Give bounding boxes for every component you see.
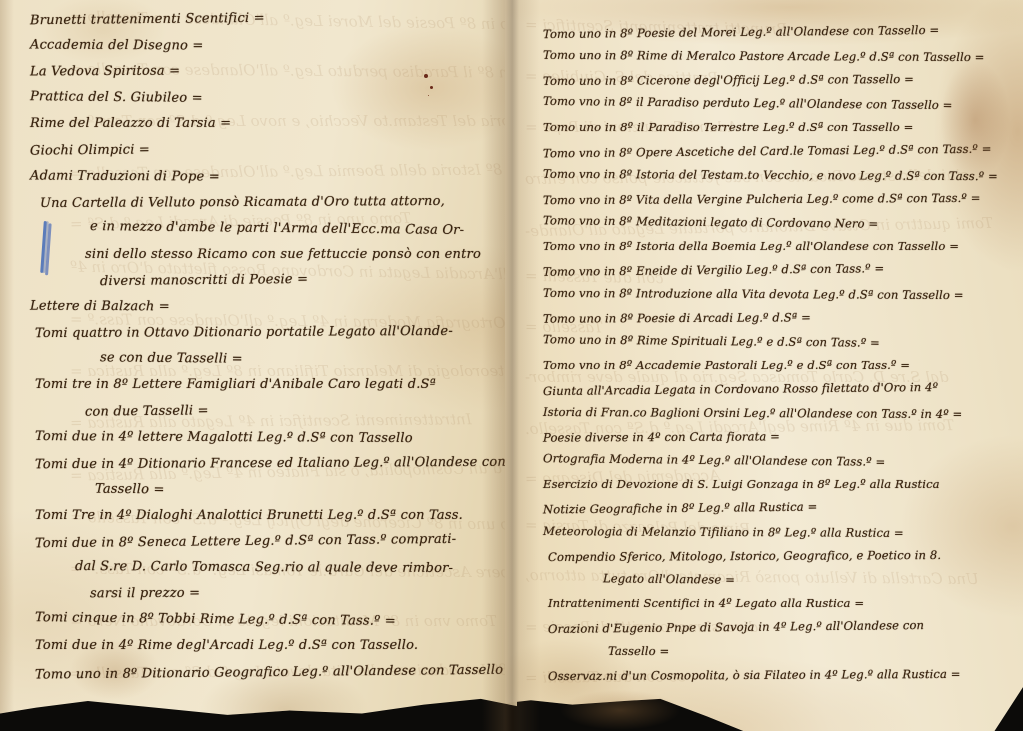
manuscript-line: sarsi il prezzo =	[90, 586, 200, 602]
manuscript-line: dal S.re D. Carlo Tomasca Seg.rio al qua…	[75, 559, 453, 577]
manuscript-line: Tassello =	[608, 645, 669, 659]
manuscript-line: Tomi due in 4º lettere Magalotti Leg.º d…	[35, 429, 413, 447]
manuscript-line: Lettere di Balzach =	[30, 299, 170, 315]
manuscript-line: Brunetti trattenimenti Scentifici =	[30, 11, 265, 29]
manuscript-line: Tomo uno in 8º Rime di Meralco Pastore A…	[543, 49, 985, 65]
ink-speck	[424, 74, 428, 78]
manuscript-line: Tomi cinque in 8º Tobbi Rime Leg.º d.Sª …	[35, 610, 396, 629]
manuscript-line: Una Cartella di Velluto ponsò Ricamata d…	[40, 194, 445, 212]
manuscript-line: Intrattenimenti Scentifici in 4º Legato …	[548, 597, 864, 611]
manuscript-line: Accademia del Disegno =	[30, 38, 204, 55]
manuscript-line: Meteorologia di Melanzio Tifiliano in 8º…	[543, 525, 904, 541]
manuscript-line: Tomo uno in 8º Poesie del Morei Leg.º al…	[543, 24, 939, 42]
manuscript-line: Tomo uno in 8º Cicerone degl'Officij Leg…	[543, 73, 914, 89]
manuscript-line: Giunta all'Arcadia Legata in Cordovano R…	[543, 381, 938, 399]
manuscript-line: Tomo uno in 8º Rime Spirituali Leg.º e d…	[543, 334, 880, 351]
manuscript-line: Tomo uno in 8º Poesie di Arcadi Leg.º d.…	[543, 311, 811, 326]
right-page-text: Tomo uno in 8º Poesie del Morei Leg.º al…	[505, 0, 1023, 731]
manuscript-line: Tomo vno in 8º Opere Ascetiche del Card.…	[543, 143, 992, 162]
manuscript-line: Tomo vno in 8º Meditazioni legato di Cor…	[543, 215, 878, 232]
manuscript-line: Tomo vno in 8º Vita della Vergine Pulche…	[543, 191, 981, 207]
manuscript-line: se con due Tasselli =	[100, 351, 243, 368]
manuscript-line: sini dello stesso Ricamo con sue fettucc…	[85, 247, 481, 263]
manuscript-line: Tomo vno in 8º Istoria della Boemia Leg.…	[543, 240, 959, 254]
manuscript-line: Tomi due in 8º Seneca Lettere Leg.º d.Sª…	[35, 532, 456, 552]
manuscript-line: Notizie Geografiche in 8º Leg.º alla Rus…	[543, 501, 817, 518]
manuscript-line: Istoria di Fran.co Baglioni Orsini Leg.º…	[543, 406, 962, 422]
manuscript-line: Tomo vno in 8º Accademie Pastorali Leg.º…	[543, 359, 910, 373]
manuscript-line: Tomo uno in 8º il Paradiso Terrestre Leg…	[543, 121, 913, 135]
manuscript-line: Compendio Sferico, Mitologo, Istorico, G…	[548, 549, 941, 565]
manuscript-line: La Vedova Spiritosa =	[30, 64, 180, 80]
manuscript-line: Tomo vno in 8º Istoria del Testam.to Vec…	[543, 168, 998, 184]
manuscript-line: Rime del Paleazzo di Tarsia =	[30, 116, 231, 132]
manuscript-line: Tomi Tre in 4º Dialoghi Analottici Brune…	[35, 508, 463, 524]
manuscript-line: Poesie diverse in 4º con Carta fiorata =	[543, 430, 780, 445]
manuscript-line: diversi manoscritti di Poesie =	[100, 272, 308, 290]
left-page-text: Brunetti trattenimenti Scentifici =Accad…	[0, 0, 517, 731]
ink-speck	[430, 86, 433, 89]
manuscript-line: Tomo vno in 8º Eneide di Vergilio Leg.º …	[543, 262, 884, 279]
manuscript-page-right: Brunetti trattenimenti Scentifici =Pratt…	[505, 0, 1023, 731]
manuscript-scan: Tomo uno in 8º Poesie del Morei Leg.º al…	[0, 0, 1023, 731]
manuscript-line: Tomo vno in 8º il Paradiso perduto Leg.º…	[543, 95, 953, 113]
manuscript-line: Tomo vno in 8º Introduzione alla Vita de…	[543, 287, 964, 303]
manuscript-line: Tomi quattro in Ottavo Ditionario portat…	[35, 324, 453, 342]
manuscript-line: Tomi tre in 8º Lettere Famigliari d'Anib…	[35, 377, 436, 393]
manuscript-line: Ortografia Moderna in 4º Leg.º all'Oland…	[543, 453, 886, 470]
manuscript-line: Giochi Olimpici =	[30, 142, 150, 159]
manuscript-line: Tassello =	[95, 481, 165, 497]
manuscript-line: Osservaz.ni d'un Cosmopolita, ò sia Fila…	[548, 668, 961, 684]
manuscript-line: Esercizio di Devozione di S. Luigi Gonza…	[543, 478, 940, 492]
manuscript-page-left: Tomo uno in 8º Poesie del Morei Leg.º al…	[0, 0, 517, 731]
manuscript-line: e in mezzo d'ambe le parti l'Arma dell'E…	[90, 219, 464, 239]
manuscript-line: con due Tasselli =	[85, 403, 209, 420]
manuscript-line: Prattica del S. Giubileo =	[30, 89, 203, 106]
manuscript-line: Legato all'Olandese =	[603, 573, 735, 588]
manuscript-line: Tomo uno in 8º Ditionario Geografico Leg…	[35, 662, 519, 683]
manuscript-line: Tomi due in 4º Rime degl'Arcadi Leg.º d.…	[35, 638, 418, 654]
manuscript-line: Tomi due in 4º Ditionario Francese ed It…	[35, 454, 506, 472]
manuscript-line: Adami Traduzioni di Pope =	[30, 168, 220, 185]
manuscript-line: Orazioni d'Eugenio Pnpe di Savoja in 4º …	[548, 619, 924, 637]
